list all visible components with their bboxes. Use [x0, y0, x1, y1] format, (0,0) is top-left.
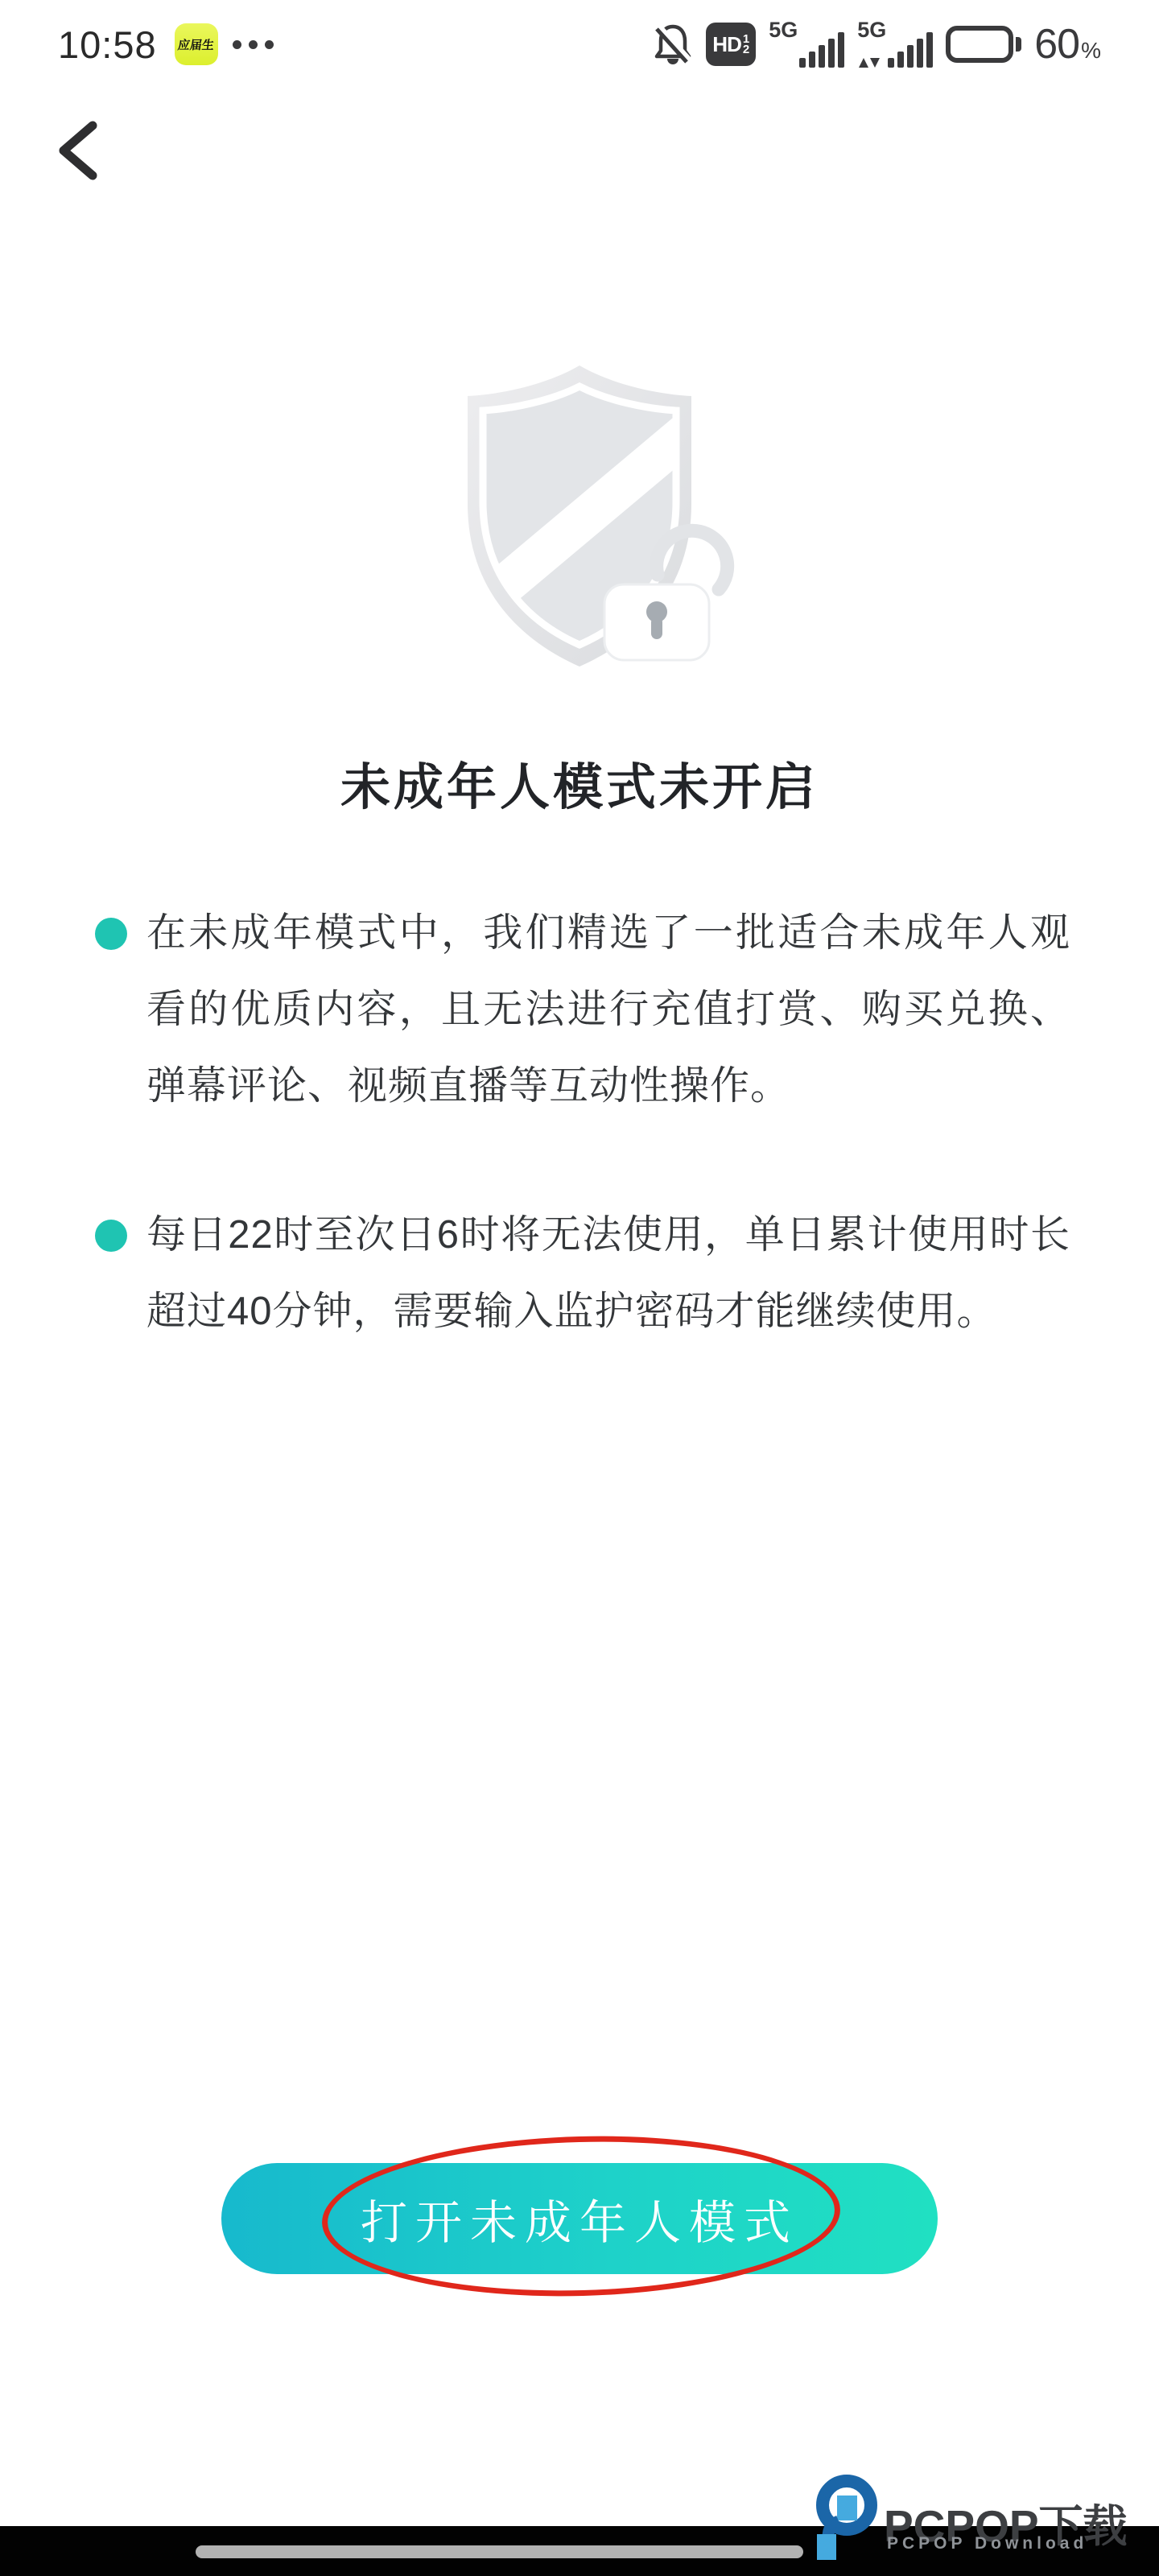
network-type-label: 5G: [857, 18, 886, 43]
status-bar-right: HD 1 2 5G 5G 60 %: [653, 19, 1101, 69]
signal-sim2-icon: 5G: [857, 19, 933, 69]
clock: 10:58: [58, 23, 157, 67]
chevron-left-icon: [52, 118, 101, 184]
page-title: 未成年人模式未开启: [0, 747, 1159, 819]
bullet-dot: [95, 918, 127, 950]
battery-icon: [946, 26, 1021, 63]
status-bar: 10:58 应届生 HD 1 2 5G: [0, 13, 1159, 76]
network-type-label: 5G: [769, 18, 798, 43]
bullet-text: 在未成年模式中，我们精选了一批适合未成年人观看的优质内容，且无法进行充值打赏、购…: [146, 895, 1070, 1125]
app-badge-icon: 应届生: [175, 23, 218, 65]
signal-sim1-icon: 5G: [769, 19, 844, 69]
list-item: 在未成年模式中，我们精选了一批适合未成年人观看的优质内容，且无法进行充值打赏、购…: [95, 895, 1070, 1125]
shield-unlocked-illustration: [406, 345, 753, 696]
bullet-text: 每日22时至次日6时将无法使用，单日累计使用时长超过40分钟，需要输入监护密码才…: [146, 1197, 1070, 1350]
battery-percent: 60 %: [1034, 20, 1101, 68]
phone-screen: 10:58 应届生 HD 1 2 5G: [0, 0, 1159, 2576]
watermark-subtitle: PCPOP Download: [887, 2534, 1087, 2553]
hd-voice-icon: HD 1 2: [706, 23, 756, 66]
pcpop-logo-icon: [805, 2473, 881, 2562]
app-badge-label: 应届生: [177, 36, 216, 53]
bullet-dot: [95, 1220, 127, 1252]
back-button[interactable]: [40, 113, 113, 190]
home-indicator[interactable]: [196, 2545, 803, 2558]
status-bar-left: 10:58 应届生: [58, 23, 274, 67]
hd-sim2: 2: [743, 44, 749, 55]
data-arrows-icon: [859, 58, 880, 68]
feature-list: 在未成年模式中，我们精选了一批适合未成年人观看的优质内容，且无法进行充值打赏、购…: [95, 895, 1070, 1350]
enable-minor-mode-button[interactable]: 打开未成年人模式: [221, 2163, 938, 2274]
list-item: 每日22时至次日6时将无法使用，单日累计使用时长超过40分钟，需要输入监护密码才…: [95, 1197, 1070, 1350]
bell-muted-icon: [653, 22, 693, 67]
more-dots-icon: [233, 40, 274, 49]
hd-label: HD: [712, 32, 741, 57]
